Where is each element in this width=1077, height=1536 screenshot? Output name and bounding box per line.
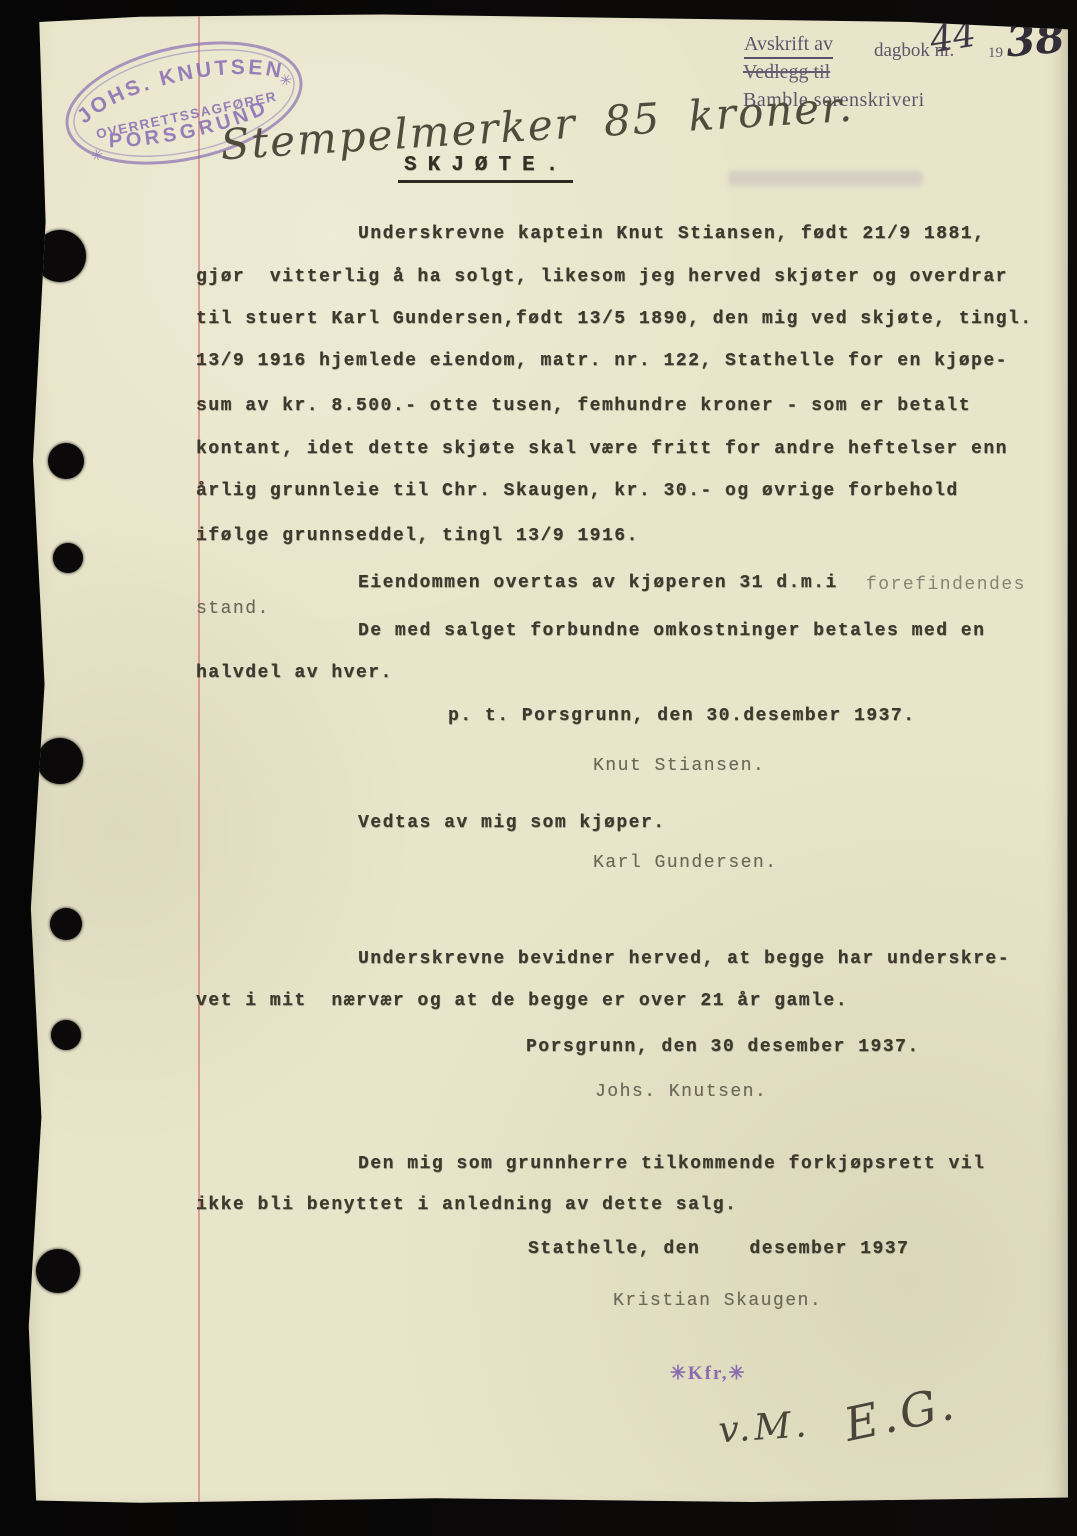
attachment-label-struck: Vedlegg til — [743, 61, 830, 84]
typed-line: Underskrevne bevidner herved, at begge h… — [358, 949, 1010, 969]
typed-line: Porsgrunn, den 30 desember 1937. — [526, 1037, 920, 1057]
typed-line: De med salget forbundne omkostninger bet… — [358, 621, 985, 641]
typed-line: Karl Gundersen. — [593, 853, 778, 873]
typed-line: Underskrevne kaptein Knut Stiansen, født… — [358, 224, 985, 244]
typed-line: til stuert Karl Gundersen,født 13/5 1890… — [196, 309, 1033, 329]
typed-line: Vedtas av mig som kjøper. — [358, 813, 666, 833]
typed-line: 13/9 1916 hjemlede eiendom, matr. nr. 12… — [196, 351, 1008, 371]
kfr-verification-stamp: ✳Kfr,✳ — [670, 1362, 746, 1385]
typed-line: forefindendes — [866, 575, 1026, 595]
paper-sheet: JOHS. KNUTSEN OVERRETTSSAGFØRER PORSGRUN… — [14, 13, 1068, 1505]
typed-line: Johs. Knutsen. — [595, 1082, 767, 1102]
typed-line: stand. — [196, 599, 270, 619]
typed-line: halvdel av hver. — [196, 663, 393, 683]
typed-line: p. t. Porsgrunn, den 30.desember 1937. — [448, 706, 915, 726]
typed-line: årlig grunnleie til Chr. Skaugen, kr. 30… — [196, 481, 959, 501]
initials-1: v.M. — [717, 1404, 811, 1451]
journal-number-handwritten: 44 — [927, 14, 979, 62]
ink-smudge — [728, 171, 923, 186]
typed-line: gjør vitterlig å ha solgt, likesom jeg h… — [196, 267, 1008, 287]
typed-line: Knut Stiansen. — [593, 756, 765, 776]
typed-line: ifølge grunnseddel, tingl 13/9 1916. — [196, 526, 639, 546]
typed-line: sum av kr. 8.500.- otte tusen, femhundre… — [196, 396, 971, 416]
year-prefix-printed: 19 — [988, 45, 1003, 62]
document-title: SKJØTE. — [398, 154, 573, 183]
year-handwritten: 38 — [1004, 13, 1067, 67]
typed-line: Stathelle, den desember 1937 — [528, 1239, 909, 1259]
typed-line: Kristian Skaugen. — [613, 1291, 822, 1311]
typed-line: kontant, idet dette skjøte skal være fri… — [196, 439, 1008, 459]
scanned-document: JOHS. KNUTSEN OVERRETTSSAGFØRER PORSGRUN… — [0, 0, 1077, 1536]
typed-line: Eiendommen overtas av kjøperen 31 d.m.i — [358, 573, 838, 593]
typed-line: Den mig som grunnherre tilkommende forkj… — [358, 1154, 985, 1174]
copy-of-label: Avskrift av — [744, 33, 833, 59]
typed-line: ikke bli benyttet i anledning av dette s… — [196, 1195, 737, 1215]
typed-line: vet i mit nærvær og at de begge er over … — [196, 991, 848, 1011]
